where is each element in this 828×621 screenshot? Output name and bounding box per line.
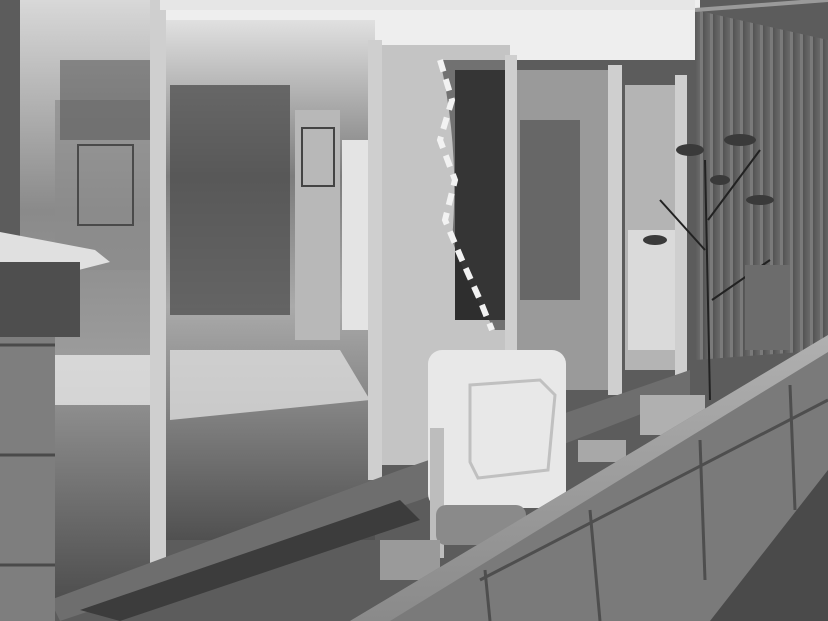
glass-door-middle xyxy=(165,20,375,540)
photo-scene xyxy=(0,0,828,621)
glass-door-right xyxy=(515,70,680,390)
photo-illustration xyxy=(0,0,828,621)
